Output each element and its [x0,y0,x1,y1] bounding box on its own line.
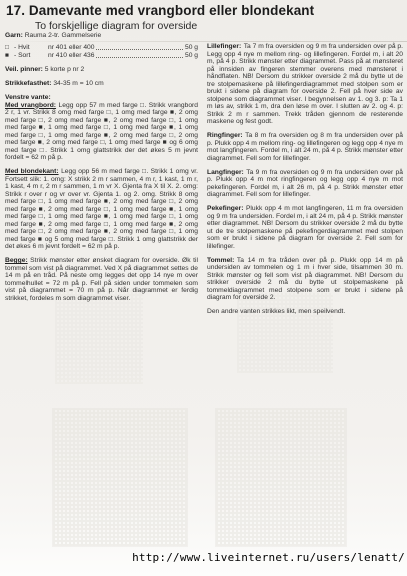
yarn-info: Garn: Rauma 2-tr. Gammelserie [5,32,198,40]
yarn-amount: 50 g [185,52,198,60]
gauge-label: Strikkefasthet: [5,80,51,87]
color-name: - Sort [14,52,38,60]
paragraph-pekefinger: Pekefinger:Plukk opp 4 m mot langfingere… [207,205,403,250]
black-square-icon: ■ [5,52,14,60]
paragraph-lead: Med vrangbord: [5,102,56,109]
section-heading-venstre-vante: Venstre vante: [5,94,198,102]
yarn-number: nr 410 eller 436 [48,52,94,60]
paragraph-lead: Lillefinger: [207,43,241,50]
watermark-url: http://www.liveinternet.ru/users/lenatt/ [132,551,405,564]
color-key: □ - Hvit nr 401 eller 400 50 g ■ - Sort … [5,44,198,60]
paragraph-begge: Begge:Strikk mønster etter ønsket diagra… [5,257,198,302]
gauge-value: 34-35 m = 10 cm [53,80,103,87]
paragraph-text: Strikk mønster etter ønsket diagram for … [5,257,198,302]
paragraph-tommel: Tommel:Ta 14 m fra tråden over på p. Plu… [207,257,403,302]
paragraph-ringfinger: Ringfinger:Ta 8 m fra oversiden og 8 m f… [207,132,403,162]
dotted-leader [96,49,182,50]
paragraph-med-blondekant: Med blondekant:Legg opp 56 m med farge □… [5,168,198,251]
right-column: Lillefinger:Ta 7 m fra oversiden og 9 m … [207,43,403,316]
page-subtitle: To forskjellige diagram for overside [35,20,197,32]
paragraph-lead: Ringfinger: [207,132,243,139]
needles-label: Veil. pinner: [5,66,43,73]
needles-value: 5 korte p nr 2 [45,66,84,73]
color-key-row-black: ■ - Sort nr 410 eller 436 50 g [5,52,198,60]
paragraph-text: Legg opp 57 m med farge □. Strikk vrangb… [5,102,198,162]
page-title: 17. Damevante med vrangbord eller blonde… [6,3,314,18]
yarn-value: Rauma 2-tr. Gammelserie [25,32,102,39]
yarn-label: Garn: [5,32,23,39]
paragraph-lillefinger: Lillefinger:Ta 7 m fra oversiden og 9 m … [207,43,403,126]
color-key-row-white: □ - Hvit nr 401 eller 400 50 g [5,44,198,52]
paragraph-langfinger: Langfinger:Ta 9 m fra oversiden og 9 m f… [207,169,403,199]
paragraph-lead: Begge: [5,257,28,264]
paragraph-text: Ta 7 m fra oversiden og 9 m fra undersid… [207,43,403,125]
paragraph-lead: Tommel: [207,257,234,264]
paragraph-text: Ta 14 m fra tråden over på p. Plukk opp … [207,257,403,302]
paragraph-text: Plukk opp 4 m mot langfingeren, 11 m fra… [207,205,403,250]
yarn-amount: 50 g [185,44,198,52]
paragraph-lead: Pekefinger: [207,205,243,212]
yarn-number: nr 401 eller 400 [48,44,94,52]
color-name: - Hvit [14,44,38,52]
paragraph-lead: Langfinger: [207,169,244,176]
paragraph-text: Legg opp 56 m med farge □. Strikk 1 omg … [5,168,198,250]
dotted-leader [96,57,182,58]
gauge-info: Strikkefasthet: 34-35 m = 10 cm [5,80,198,88]
paragraph-lead: Med blondekant: [5,168,59,175]
paragraph-med-vrangbord: Med vrangbord:Legg opp 57 m med farge □.… [5,102,198,162]
needles-info: Veil. pinner: 5 korte p nr 2 [5,66,198,74]
left-column: Garn: Rauma 2-tr. Gammelserie □ - Hvit n… [5,32,198,302]
closing-note: Den andre vanten strikkes likt, men spei… [207,308,403,316]
white-square-icon: □ [5,44,14,52]
